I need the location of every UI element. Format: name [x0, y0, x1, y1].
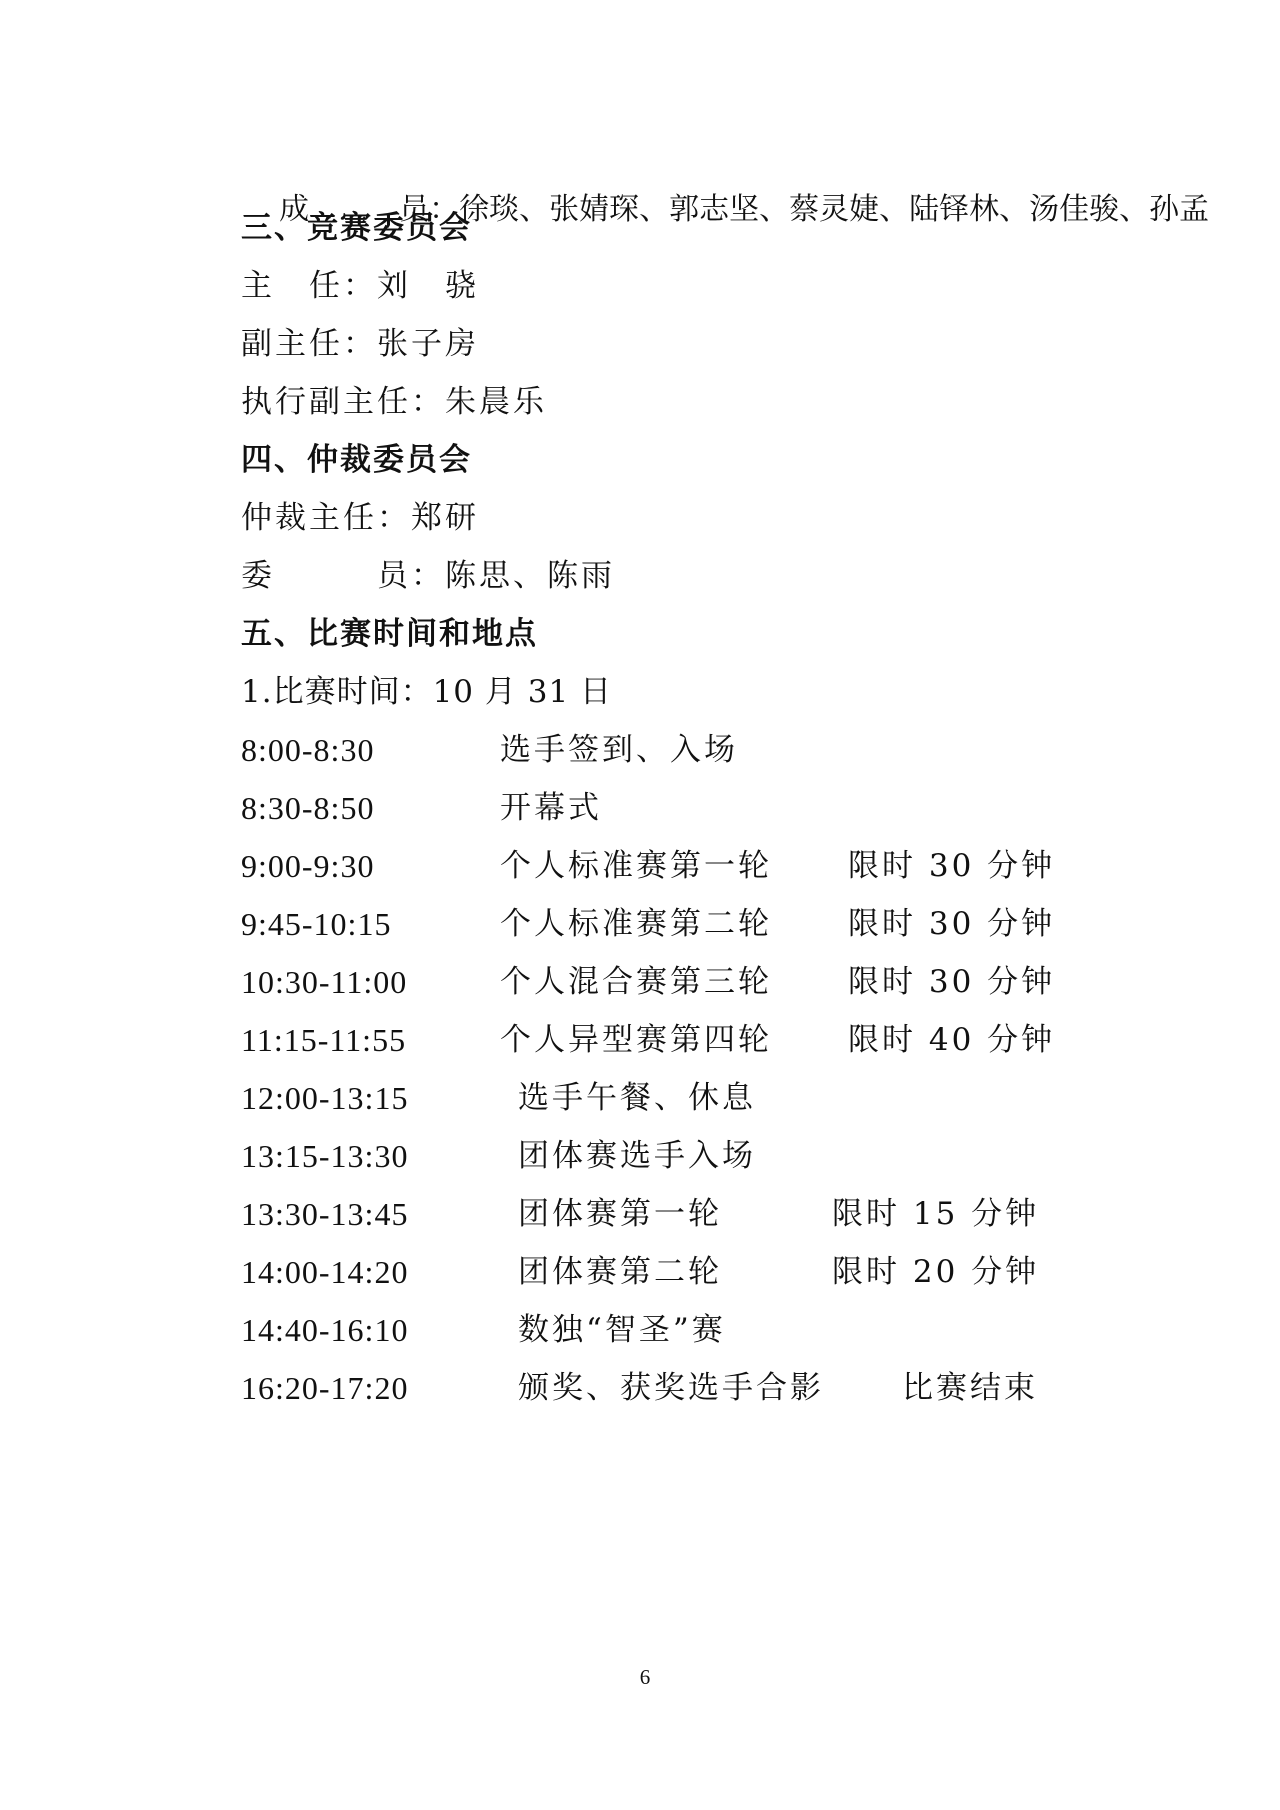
- arbitration-members: 委 员：陈思、陈雨: [241, 556, 615, 596]
- page-number: 6: [0, 1665, 1280, 1690]
- chief-arbiter: 仲裁主任：郑研: [241, 498, 479, 538]
- schedule-event: 团体赛选手入场: [518, 1136, 756, 1176]
- schedule-note: 限时 30 分钟: [848, 846, 1055, 886]
- section-4-heading: 四、仲裁委员会: [241, 440, 472, 480]
- schedule-time: 9:45-10:15: [241, 904, 391, 944]
- schedule-note: 限时 15 分钟: [832, 1194, 1039, 1234]
- schedule-time: 14:40-16:10: [241, 1310, 408, 1350]
- schedule-event: 个人异型赛第四轮: [500, 1020, 772, 1060]
- schedule-time: 14:00-14:20: [241, 1252, 408, 1292]
- section-3-heading: 三、竞赛委员会: [241, 208, 472, 248]
- schedule-time: 16:20-17:20: [241, 1368, 408, 1408]
- schedule-note: 比赛结束: [902, 1368, 1038, 1408]
- members-names: 徐琰、张婧琛、郭志坚、蔡灵婕、陆铎林、汤佳骏、孙孟: [459, 192, 1209, 227]
- schedule-event: 数独“智圣”赛: [518, 1310, 726, 1350]
- schedule-time: 13:15-13:30: [241, 1136, 408, 1176]
- schedule-event: 个人标准赛第二轮: [500, 904, 772, 944]
- schedule-time: 8:00-8:30: [241, 730, 374, 770]
- competition-date: 1.比赛时间：10 月 31 日: [241, 672, 612, 712]
- schedule-note: 限时 30 分钟: [848, 904, 1055, 944]
- schedule-time: 13:30-13:45: [241, 1194, 408, 1234]
- schedule-event: 个人标准赛第一轮: [500, 846, 772, 886]
- schedule-event: 颁奖、获奖选手合影: [518, 1368, 824, 1408]
- schedule-note: 限时 30 分钟: [848, 962, 1055, 1002]
- schedule-event: 开幕式: [500, 788, 602, 828]
- schedule-note: 限时 20 分钟: [832, 1252, 1039, 1292]
- schedule-time: 12:00-13:15: [241, 1078, 408, 1118]
- schedule-note: 限时 40 分钟: [848, 1020, 1055, 1060]
- competition-deputy-director: 副主任：张子房: [241, 324, 479, 364]
- schedule-event: 团体赛第二轮: [518, 1252, 722, 1292]
- section-5-heading: 五、比赛时间和地点: [241, 614, 538, 654]
- schedule-time: 8:30-8:50: [241, 788, 374, 828]
- schedule-event: 选手签到、入场: [500, 730, 738, 770]
- competition-executive-deputy-director: 执行副主任：朱晨乐: [241, 382, 547, 422]
- competition-director: 主 任：刘 骁: [241, 266, 479, 306]
- schedule-time: 9:00-9:30: [241, 846, 374, 886]
- schedule-event: 选手午餐、休息: [518, 1078, 756, 1118]
- schedule-event: 个人混合赛第三轮: [500, 962, 772, 1002]
- schedule-time: 11:15-11:55: [241, 1020, 406, 1060]
- schedule-event: 团体赛第一轮: [518, 1194, 722, 1234]
- schedule-time: 10:30-11:00: [241, 962, 407, 1002]
